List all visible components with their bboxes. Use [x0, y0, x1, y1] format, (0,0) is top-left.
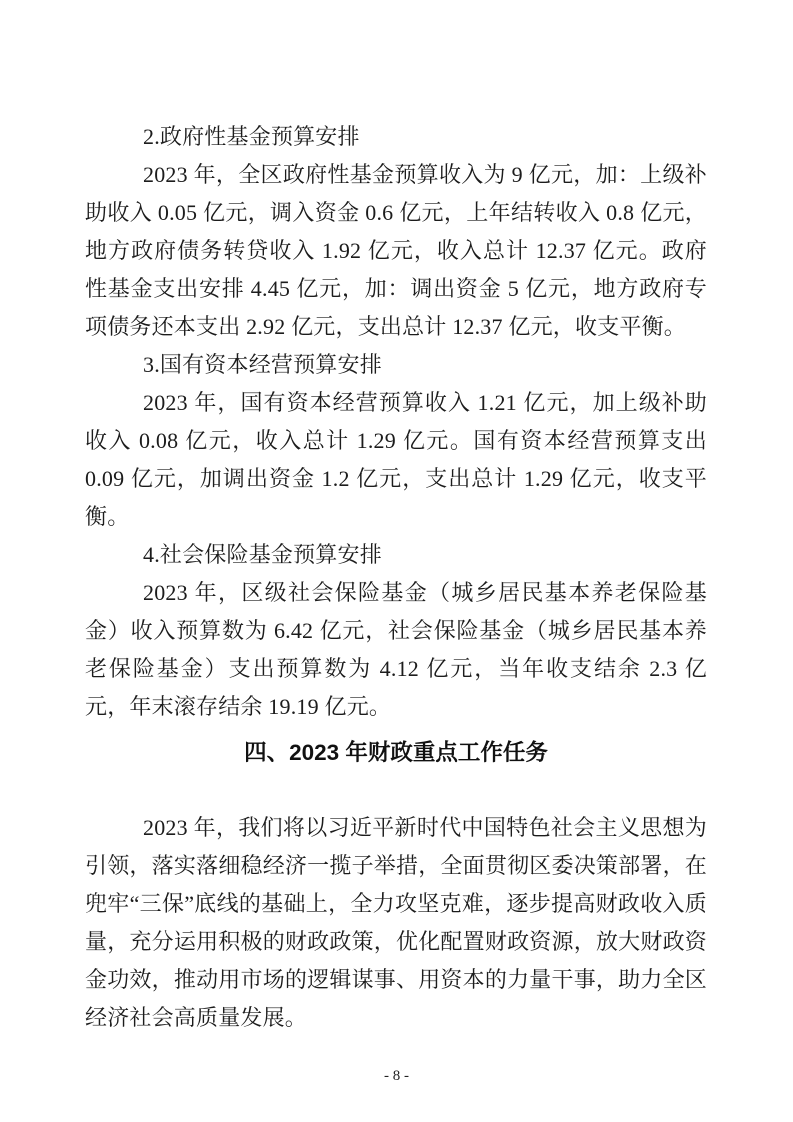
document-page: 2.政府性基金预算安排 2023 年，全区政府性基金预算收入为 9 亿元，加：上…: [0, 0, 793, 1122]
section-heading-social-insurance-budget: 4.社会保险基金预算安排: [85, 536, 707, 574]
section-heading-government-fund-budget: 2.政府性基金预算安排: [85, 118, 707, 156]
section-heading-state-capital-budget: 3.国有资本经营预算安排: [85, 346, 707, 384]
page-number: - 8 -: [0, 1066, 793, 1086]
section-paragraph-social-insurance-budget: 2023 年，区级社会保险基金（城乡居民基本养老保险基金）收入预算数为 6.42…: [85, 574, 707, 726]
closing-paragraph: 2023 年，我们将以习近平新时代中国特色社会主义思想为引领，落实落细稳经济一揽…: [85, 809, 707, 1037]
section-paragraph-state-capital-budget: 2023 年，国有资本经营预算收入 1.21 亿元，加上级补助收入 0.08 亿…: [85, 384, 707, 536]
chapter-heading-2023-key-tasks: 四、2023 年财政重点工作任务: [85, 734, 707, 772]
document-body: 2.政府性基金预算安排 2023 年，全区政府性基金预算收入为 9 亿元，加：上…: [85, 118, 707, 1037]
section-paragraph-government-fund-budget: 2023 年，全区政府性基金预算收入为 9 亿元，加：上级补助收入 0.05 亿…: [85, 156, 707, 346]
